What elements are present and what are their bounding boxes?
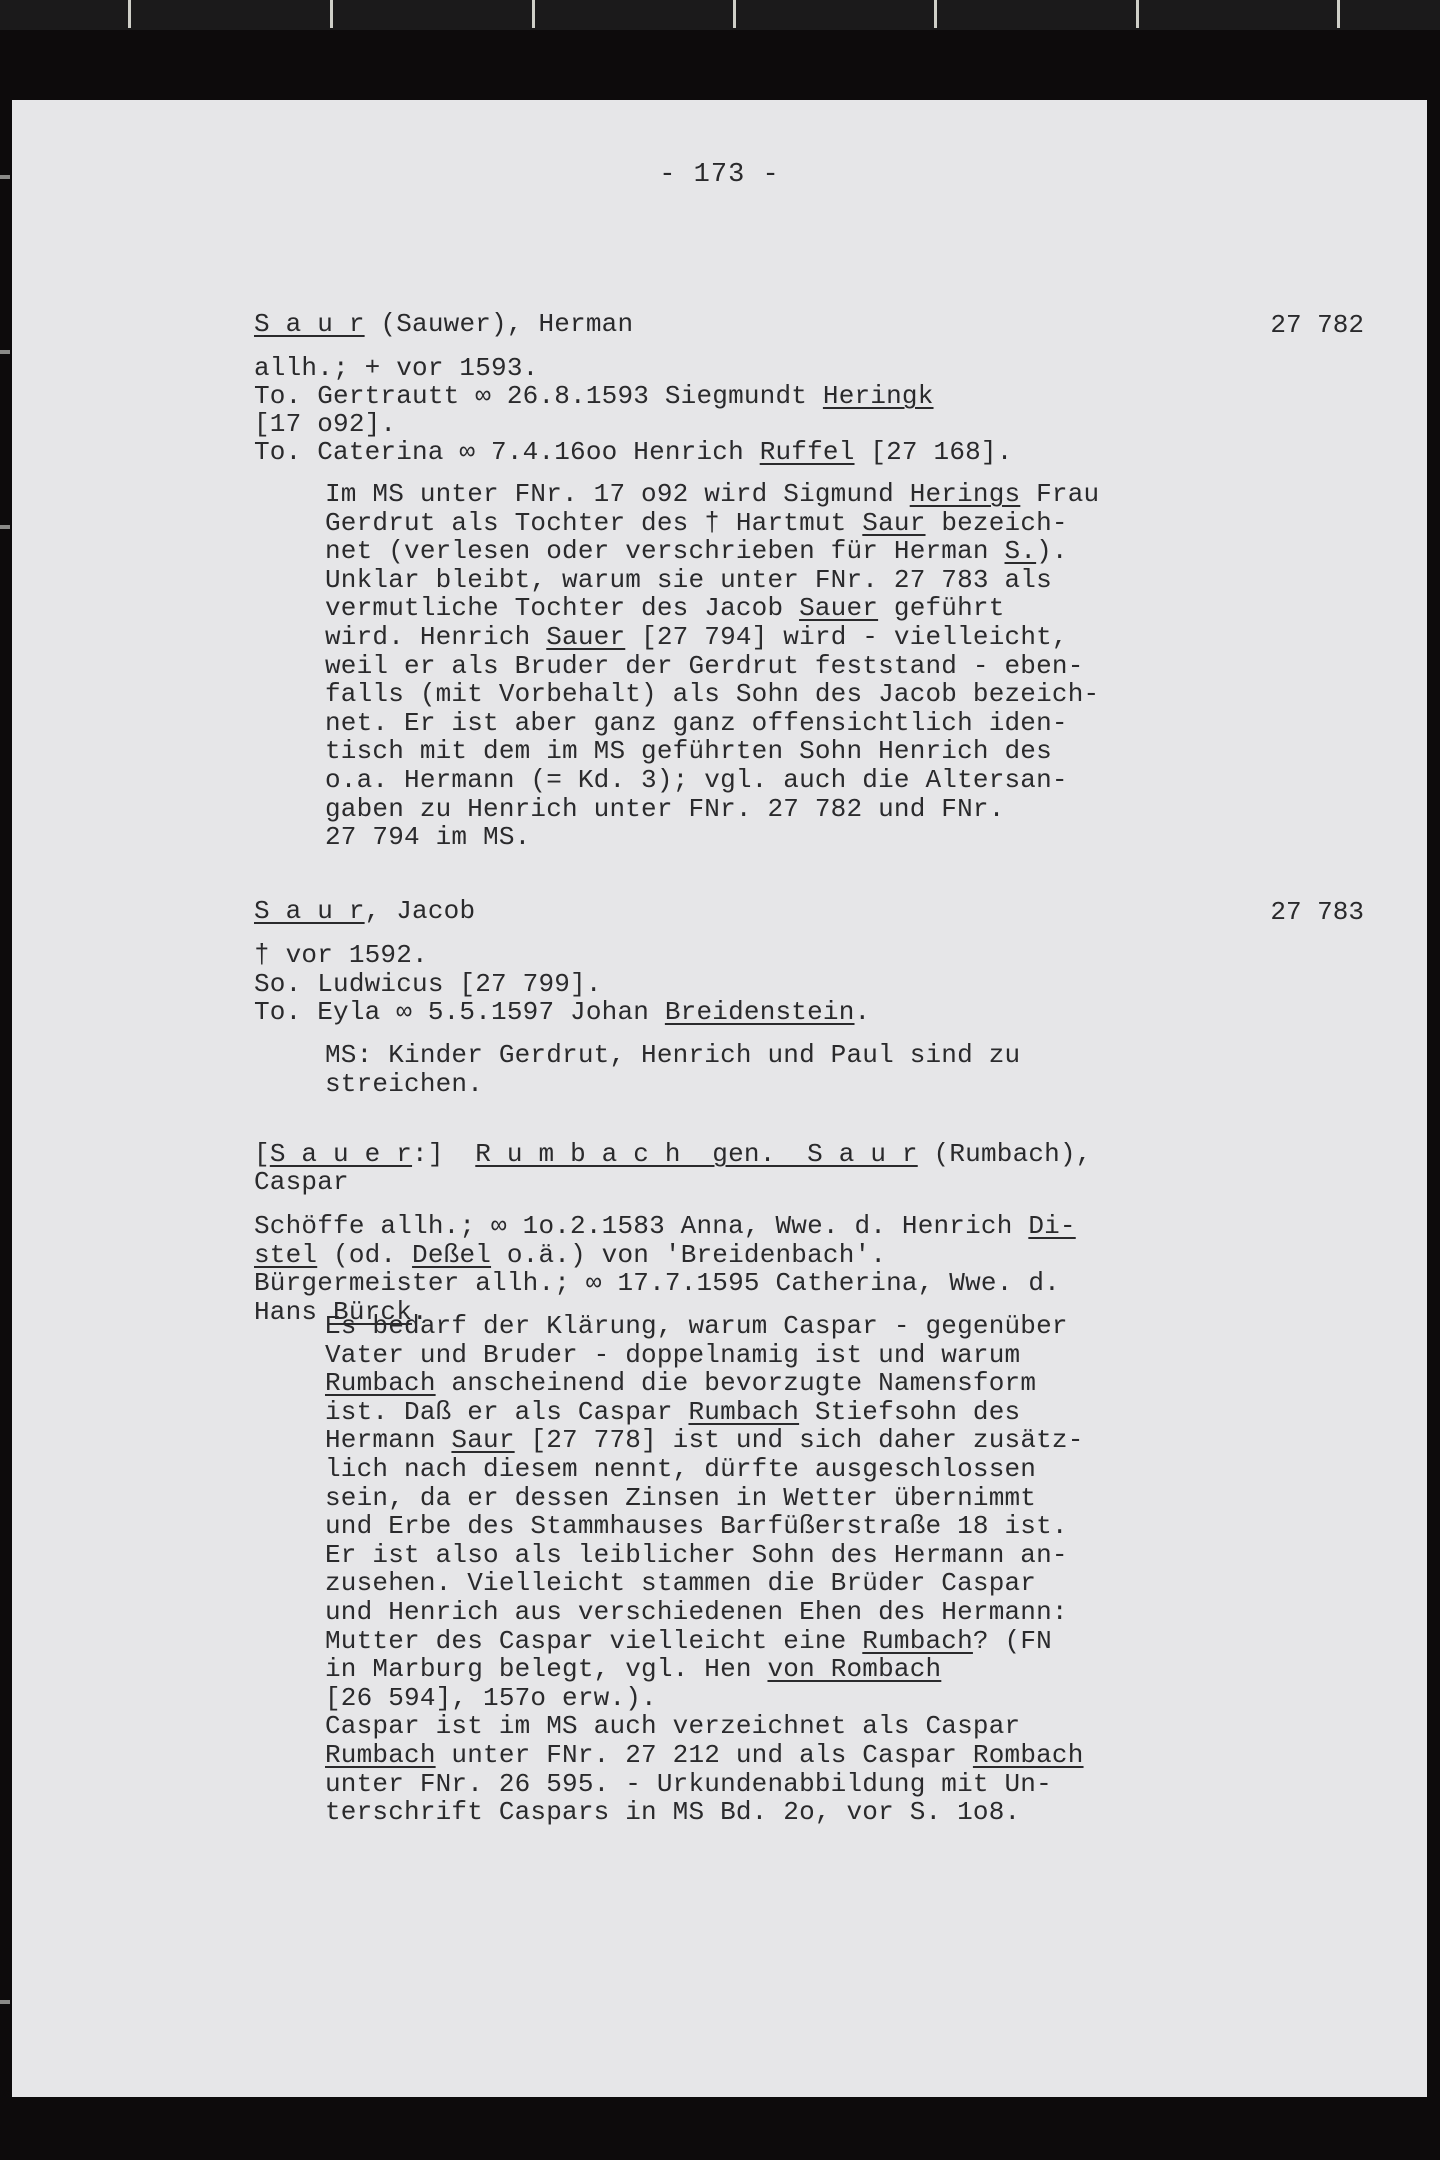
underlined-name: Rumbach [862, 1626, 973, 1656]
fact-line: To. Eyla ∞ 5.5.1597 Johan Breidenstein. [254, 998, 870, 1026]
document-page: - 173 - S a u r (Sauwer), Herman 27 782 … [12, 100, 1427, 2097]
note-line: vermutliche Tochter des Jacob Sauer gefü… [325, 594, 1005, 622]
surname: S a u r [254, 896, 365, 926]
ruler-tick [330, 0, 333, 28]
note-line: und Erbe des Stammhauses Barfüßerstraße … [325, 1512, 1068, 1540]
ruler-tick [532, 0, 535, 28]
note-line: zusehen. Vielleicht stammen die Brüder C… [325, 1569, 1036, 1597]
note-line: Vater und Bruder - doppelnamig ist und w… [325, 1341, 1020, 1369]
note-line: in Marburg belegt, vgl. Hen von Rombach [325, 1655, 941, 1683]
name-rest: (Rumbach), [918, 1139, 1092, 1169]
underlined-name: Sauer [546, 622, 625, 652]
note-line: Er ist also als leiblicher Sohn des Herm… [325, 1541, 1068, 1569]
fact-line: Schöffe allh.; ∞ 1o.2.1583 Anna, Wwe. d.… [254, 1212, 1076, 1240]
note-line: terschrift Caspars in MS Bd. 2o, vor S. … [325, 1798, 1020, 1826]
fact-line: stel (od. Deßel o.ä.) von 'Breidenbach'. [254, 1241, 886, 1269]
note-line: unter FNr. 26 595. - Urkundenabbildung m… [325, 1770, 1052, 1798]
note-line: Es bedarf der Klärung, warum Caspar - ge… [325, 1312, 1068, 1340]
surname: R u m b a c h gen. S a u r [475, 1139, 917, 1169]
underlined-name: Saur [451, 1425, 514, 1455]
note-line: Caspar ist im MS auch verzeichnet als Ca… [325, 1712, 1020, 1740]
fact-line: † vor 1592. [254, 941, 428, 969]
underlined-name: von Rombach [767, 1654, 941, 1684]
fact-line: Bürgermeister allh.; ∞ 17.7.1595 Catheri… [254, 1269, 1060, 1297]
note-line: Im MS unter FNr. 17 o92 wird Sigmund Her… [325, 480, 1099, 508]
underlined-name: Heringk [823, 381, 934, 411]
bracket: :] [412, 1139, 444, 1169]
underlined-name: Rumbach [325, 1740, 436, 1770]
name-rest: (Sauwer), Herman [365, 309, 634, 339]
bracket: [ [254, 1139, 270, 1169]
fact-line: allh.; + vor 1593. [254, 354, 538, 382]
underlined-name: Deßel [412, 1240, 491, 1270]
note-line: Unklar bleibt, warum sie unter FNr. 27 7… [325, 566, 1052, 594]
note-line: MS: Kinder Gerdrut, Henrich und Paul sin… [325, 1041, 1020, 1069]
ruler-tick [1337, 0, 1340, 28]
note-line: Mutter des Caspar vielleicht eine Rumbac… [325, 1627, 1052, 1655]
film-ruler [0, 0, 1440, 30]
note-line: und Henrich aus verschiedenen Ehen des H… [325, 1598, 1068, 1626]
note-line: net. Er ist aber ganz ganz offensichtlic… [325, 709, 1068, 737]
note-line: o.a. Hermann (= Kd. 3); vgl. auch die Al… [325, 766, 1068, 794]
underlined-name: Sauer [799, 593, 878, 623]
edge-mark [0, 525, 10, 529]
entry-header: [S a u e r:] R u m b a c h gen. S a u r … [254, 1140, 1092, 1168]
ruler-tick [1136, 0, 1139, 28]
note-line: net (verlesen oder verschrieben für Herm… [325, 537, 1068, 565]
underlined-name: Rumbach [325, 1368, 436, 1398]
underlined-name: Breidenstein [665, 997, 855, 1027]
note-line: ist. Daß er als Caspar Rumbach Stiefsohn… [325, 1398, 1020, 1426]
fact-line: To. Caterina ∞ 7.4.16oo Henrich Ruffel [… [254, 438, 1013, 466]
entry-number: 27 783 [1270, 897, 1364, 927]
surname: S a u r [254, 309, 365, 339]
fact-line: So. Ludwicus [27 799]. [254, 970, 602, 998]
underlined-name: Ruffel [760, 437, 855, 467]
alt-surname: S a u e r [270, 1139, 412, 1169]
ruler-tick [733, 0, 736, 28]
fact-line: To. Gertrautt ∞ 26.8.1593 Siegmundt Heri… [254, 382, 934, 410]
ruler-tick [934, 0, 937, 28]
note-line: Hermann Saur [27 778] ist und sich daher… [325, 1426, 1084, 1454]
note-line: Gerdrut als Tochter des † Hartmut Saur b… [325, 509, 1068, 537]
note-line: gaben zu Henrich unter FNr. 27 782 und F… [325, 795, 1005, 823]
note-line: streichen. [325, 1070, 483, 1098]
ruler-tick [128, 0, 131, 28]
edge-mark [0, 2000, 10, 2004]
note-line: tisch mit dem im MS geführten Sohn Henri… [325, 737, 1052, 765]
edge-mark [0, 350, 10, 354]
underlined-name: Di- [1028, 1211, 1075, 1241]
entry-number: 27 782 [1270, 310, 1364, 340]
note-line: falls (mit Vorbehalt) als Sohn des Jacob… [325, 680, 1099, 708]
underlined-name: Rombach [973, 1740, 1084, 1770]
underlined-name: S. [1005, 536, 1037, 566]
underlined-name: stel [254, 1240, 317, 1270]
underlined-name: Rumbach [688, 1397, 799, 1427]
note-line: wird. Henrich Sauer [27 794] wird - viel… [325, 623, 1068, 651]
given-name: Caspar [254, 1168, 349, 1196]
note-line: Rumbach unter FNr. 27 212 und als Caspar… [325, 1741, 1084, 1769]
note-line: lich nach diesem nennt, dürfte ausgeschl… [325, 1455, 1036, 1483]
name-rest: , Jacob [365, 896, 476, 926]
page-number: - 173 - [12, 160, 1427, 190]
underlined-name: Herings [910, 479, 1021, 509]
underlined-name: Saur [862, 508, 925, 538]
note-line: Rumbach anscheinend die bevorzugte Namen… [325, 1369, 1036, 1397]
note-line: weil er als Bruder der Gerdrut feststand… [325, 652, 1084, 680]
fact-line: [17 o92]. [254, 410, 396, 438]
entry-header: S a u r, Jacob [254, 897, 475, 925]
note-line: [26 594], 157o erw.). [325, 1684, 657, 1712]
entry-header: S a u r (Sauwer), Herman [254, 310, 633, 338]
edge-mark [0, 175, 10, 179]
note-line: 27 794 im MS. [325, 823, 530, 851]
note-line: sein, da er dessen Zinsen in Wetter über… [325, 1484, 1036, 1512]
